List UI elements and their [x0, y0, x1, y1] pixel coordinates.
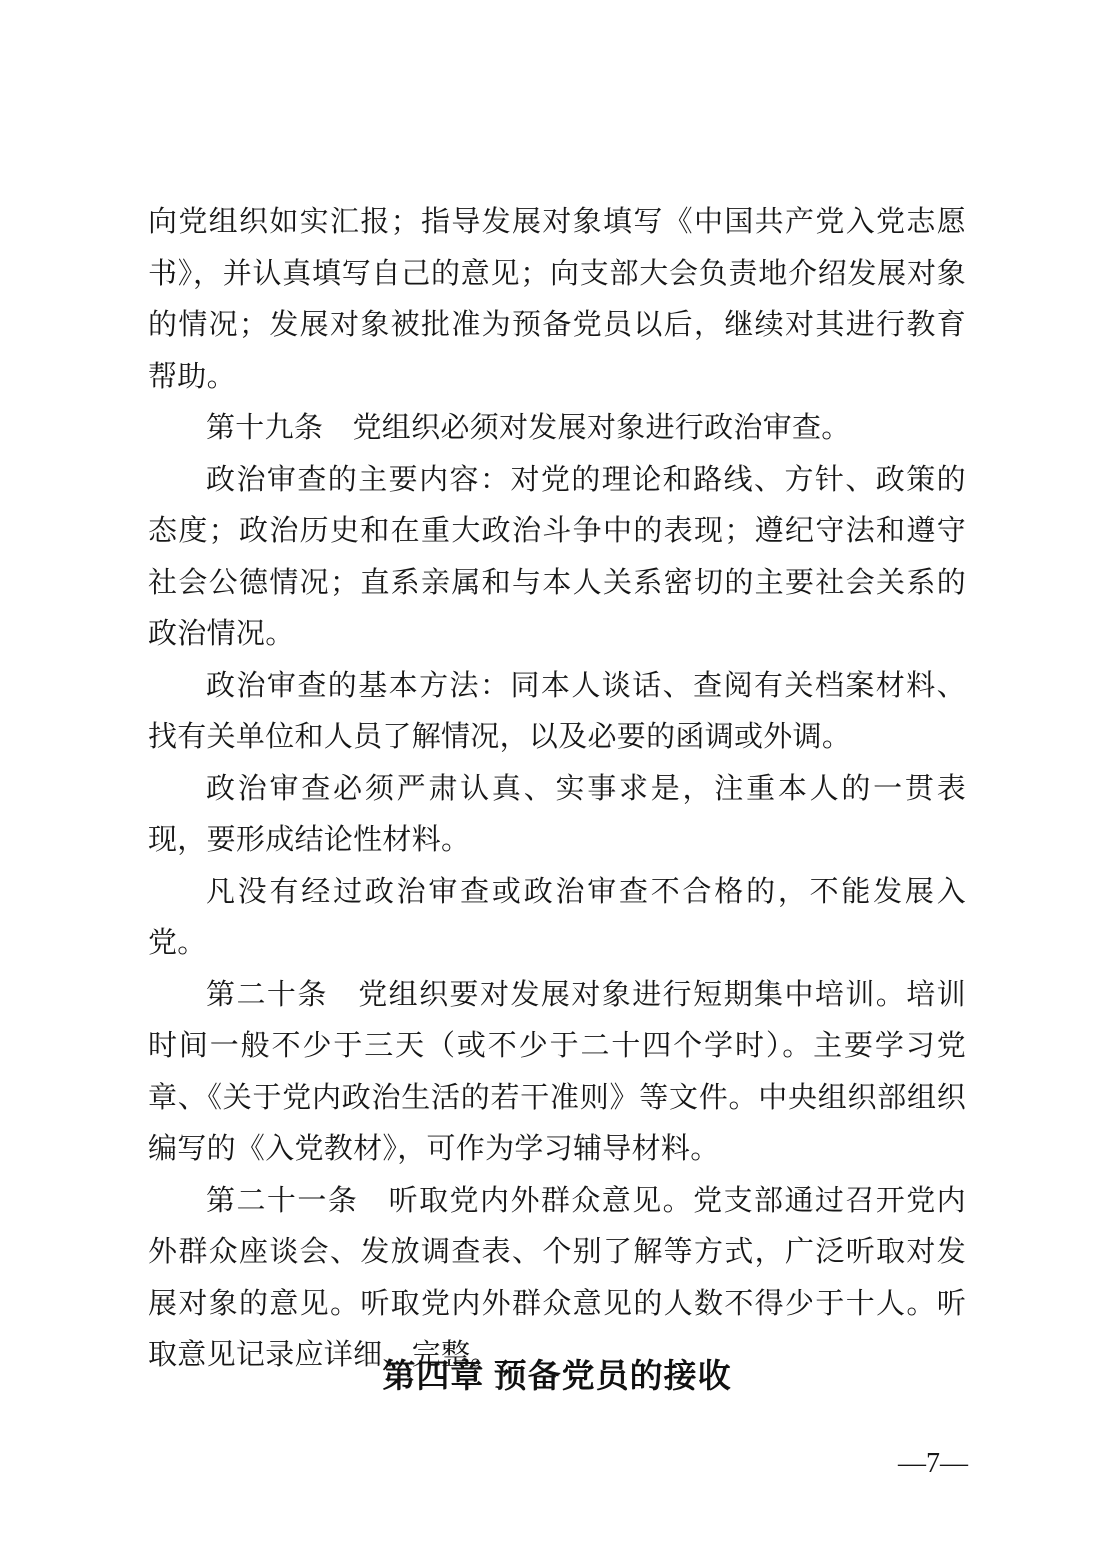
page-number: —7— [898, 1448, 968, 1480]
paragraph-article-19: 第十九条 党组织必须对发展对象进行政治审查。 [148, 403, 966, 455]
paragraph: 向党组织如实汇报；指导发展对象填写《中国共产党入党志愿书》，并认真填写自己的意见… [148, 197, 966, 403]
paragraph: 政治审查的主要内容：对党的理论和路线、方针、政策的态度；政治历史和在重大政治斗争… [148, 455, 966, 661]
body-text-block: 向党组织如实汇报；指导发展对象填写《中国共产党入党志愿书》，并认真填写自己的意见… [148, 197, 966, 1382]
paragraph: 政治审查必须严肃认真、实事求是，注重本人的一贯表现，要形成结论性材料。 [148, 764, 966, 867]
paragraph: 政治审查的基本方法：同本人谈话、查阅有关档案材料、找有关单位和人员了解情况，以及… [148, 661, 966, 764]
paragraph: 凡没有经过政治审查或政治审查不合格的，不能发展入党。 [148, 867, 966, 970]
document-page: 向党组织如实汇报；指导发展对象填写《中国共产党入党志愿书》，并认真填写自己的意见… [0, 0, 1102, 1559]
chapter-heading: 第四章 预备党员的接收 [148, 1350, 966, 1397]
paragraph-article-20: 第二十条 党组织要对发展对象进行短期集中培训。培训时间一般不少于三天（或不少于二… [148, 970, 966, 1176]
